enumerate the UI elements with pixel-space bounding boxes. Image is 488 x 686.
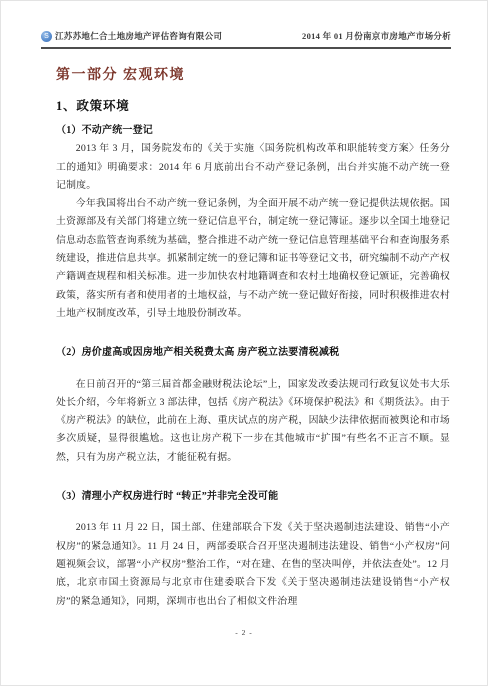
report-title: 2014 年 01 月份南京市房地产市场分析 bbox=[302, 30, 451, 42]
paragraph: 2013 年 11 月 22 日，国土部、住建部联合下发《关于坚决遏制违法建设、… bbox=[56, 519, 450, 610]
company-name: 江苏苏地仁合土地房地产评估咨询有限公司 bbox=[55, 30, 222, 42]
paragraph: 今年我国将出台不动产统一登记条例，为全面开展不动产统一登记提供法规依据。国土资源… bbox=[56, 195, 450, 323]
paragraph: 在日前召开的“第三届首都金融财税法论坛”上，国家发改委法规司行政复议处韦大乐处长… bbox=[56, 376, 450, 467]
paragraph: 2013 年 3 月，国务院发布的《关于实施〈国务院机构改革和职能转变方案〉任务… bbox=[56, 140, 450, 195]
header-divider bbox=[41, 47, 451, 49]
document-body: （1）不动产统一登记 2013 年 3 月，国务院发布的《关于实施〈国务院机构改… bbox=[56, 122, 450, 611]
subsection-heading-1: （1）不动产统一登记 bbox=[56, 122, 450, 140]
page-header: S 江苏苏地仁合土地房地产评估咨询有限公司 2014 年 01 月份南京市房地产… bbox=[41, 28, 451, 44]
subsection-heading-3: （3）清理小产权房进行时 “转正”并非完全没可能 bbox=[56, 488, 450, 506]
document-page: S 江苏苏地仁合土地房地产评估咨询有限公司 2014 年 01 月份南京市房地产… bbox=[0, 0, 488, 686]
subsection-heading-2: （2）房价虚高或因房地产相关税费太高 房产税立法要清税减税 bbox=[56, 344, 450, 362]
header-company: S 江苏苏地仁合土地房地产评估咨询有限公司 bbox=[41, 30, 222, 42]
part-title: 第一部分 宏观环境 bbox=[56, 64, 185, 84]
page-number: - 2 - bbox=[1, 628, 487, 637]
company-logo-icon: S bbox=[41, 31, 52, 42]
section-title: 1、政策环境 bbox=[56, 96, 130, 114]
